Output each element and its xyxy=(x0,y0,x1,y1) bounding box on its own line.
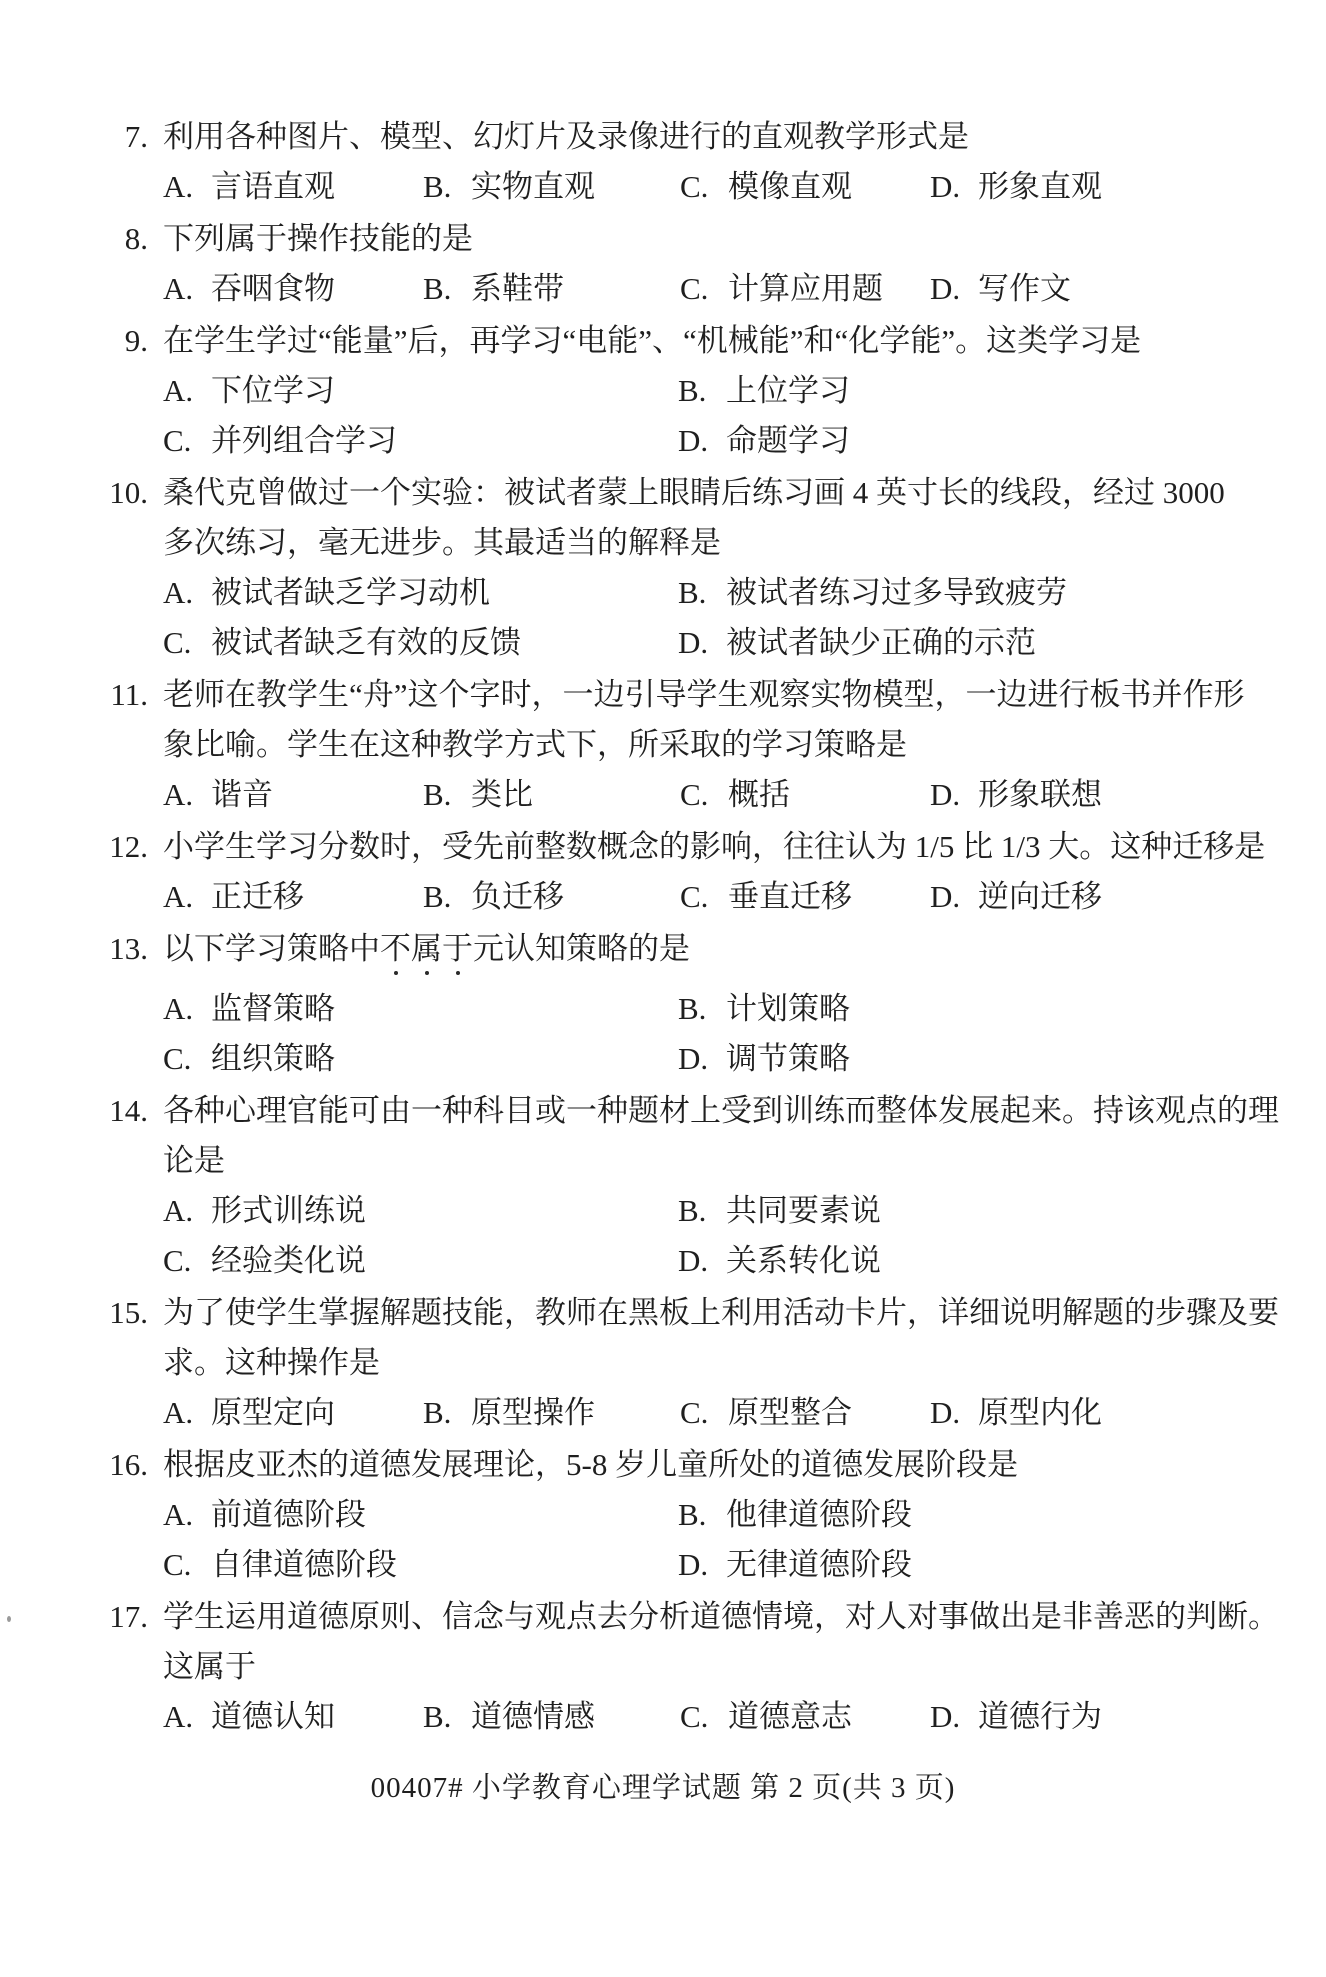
question: 10.桑代克曾做过一个实验：被试者蒙上眼睛后练习画 4 英寸长的线段，经过 30… xyxy=(100,468,1250,668)
question-options: A.形式训练说B.共同要素说C.经验类化说D.关系转化说 xyxy=(163,1186,1250,1286)
option-label: D. xyxy=(678,1540,712,1590)
question-stem: 根据皮亚杰的道德发展理论，5-8 岁儿童所处的道德发展阶段是 xyxy=(163,1440,1250,1490)
option-text: 计划策略 xyxy=(726,991,850,1026)
option-label: D. xyxy=(930,1692,964,1742)
stem-line: 学生运用道德原则、信念与观点去分析道德情境，对人对事做出是非善恶的判断。 xyxy=(163,1592,1250,1642)
question-stem: 在学生学过“能量”后，再学习“电能”、“机械能”和“化学能”。这类学习是 xyxy=(163,316,1250,366)
option: C.道德意志 xyxy=(680,1692,930,1742)
option-label: C. xyxy=(680,872,714,922)
option-text: 被试者练习过多导致疲劳 xyxy=(726,575,1067,610)
option: C.原型整合 xyxy=(680,1388,930,1438)
option-text: 原型操作 xyxy=(471,1395,595,1430)
stem-line: 各种心理官能可由一种科目或一种题材上受到训练而整体发展起来。持该观点的理 xyxy=(163,1086,1250,1136)
option: B.类比 xyxy=(423,770,680,820)
option-text: 原型内化 xyxy=(978,1395,1102,1430)
option: D.调节策略 xyxy=(678,1034,1250,1084)
option: C.概括 xyxy=(680,770,930,820)
option-text: 被试者缺乏有效的反馈 xyxy=(211,625,521,660)
option-text: 形象直观 xyxy=(978,169,1102,204)
option-text: 吞咽食物 xyxy=(211,271,335,306)
option-text: 写作文 xyxy=(978,271,1071,306)
option-label: D. xyxy=(930,770,964,820)
question-stem: 老师在教学生“舟”这个字时，一边引导学生观察实物模型，一边进行板书并作形象比喻。… xyxy=(163,670,1250,770)
stem-line: 这属于 xyxy=(163,1642,1250,1692)
page-footer: 00407# 小学教育心理学试题 第 2 页(共 3 页) xyxy=(0,1768,1326,1808)
exam-page: 7.利用各种图片、模型、幻灯片及录像进行的直观教学形式是A.言语直观B.实物直观… xyxy=(0,0,1326,1977)
question-stem: 下列属于操作技能的是 xyxy=(163,214,1250,264)
option: A.言语直观 xyxy=(163,162,423,212)
question-options: A.下位学习B.上位学习C.并列组合学习D.命题学习 xyxy=(163,366,1250,466)
option-label: C. xyxy=(163,416,197,466)
option-text: 形象联想 xyxy=(978,777,1102,812)
option: C.被试者缺乏有效的反馈 xyxy=(163,618,678,668)
option-label: D. xyxy=(678,416,712,466)
question-number: 16. xyxy=(100,1440,148,1490)
option-label: A. xyxy=(163,872,197,922)
question: 12.小学生学习分数时，受先前整数概念的影响，往往认为 1/5 比 1/3 大。… xyxy=(100,822,1250,922)
option-text: 系鞋带 xyxy=(471,271,564,306)
option-label: C. xyxy=(680,162,714,212)
option-label: C. xyxy=(680,1388,714,1438)
option: B.道德情感 xyxy=(423,1692,680,1742)
question: 7.利用各种图片、模型、幻灯片及录像进行的直观教学形式是A.言语直观B.实物直观… xyxy=(100,112,1250,212)
option-label: A. xyxy=(163,162,197,212)
question: 15.为了使学生掌握解题技能，教师在黑板上利用活动卡片，详细说明解题的步骤及要求… xyxy=(100,1288,1250,1438)
question-list: 7.利用各种图片、模型、幻灯片及录像进行的直观教学形式是A.言语直观B.实物直观… xyxy=(100,112,1250,1744)
question: 9.在学生学过“能量”后，再学习“电能”、“机械能”和“化学能”。这类学习是A.… xyxy=(100,316,1250,466)
option-label: B. xyxy=(678,984,712,1034)
question-options: A.被试者缺乏学习动机B.被试者练习过多导致疲劳C.被试者缺乏有效的反馈D.被试… xyxy=(163,568,1250,668)
option: A.道德认知 xyxy=(163,1692,423,1742)
option: B.系鞋带 xyxy=(423,264,680,314)
stem-text-post: 元认知策略的是 xyxy=(473,931,690,966)
option: B.计划策略 xyxy=(678,984,1250,1034)
option-text: 自律道德阶段 xyxy=(211,1547,397,1582)
stem-line: 以下学习策略中不属于元认知策略的是 xyxy=(163,924,1250,974)
option-label: B. xyxy=(678,1186,712,1236)
option: D.形象联想 xyxy=(930,770,1250,820)
question-options: A.谐音B.类比C.概括D.形象联想 xyxy=(163,770,1250,820)
option-text: 被试者缺乏学习动机 xyxy=(211,575,490,610)
option-text: 模像直观 xyxy=(728,169,852,204)
question-stem: 为了使学生掌握解题技能，教师在黑板上利用活动卡片，详细说明解题的步骤及要求。这种… xyxy=(163,1288,1250,1388)
option: A.下位学习 xyxy=(163,366,678,416)
question-stem: 以下学习策略中不属于元认知策略的是 xyxy=(163,924,1250,974)
option-label: B. xyxy=(423,1692,457,1742)
stem-line: 象比喻。学生在这种教学方式下，所采取的学习策略是 xyxy=(163,720,1250,770)
option: D.写作文 xyxy=(930,264,1250,314)
stem-line: 老师在教学生“舟”这个字时，一边引导学生观察实物模型，一边进行板书并作形 xyxy=(163,670,1250,720)
option: C.组织策略 xyxy=(163,1034,678,1084)
option: C.模像直观 xyxy=(680,162,930,212)
stem-line: 小学生学习分数时，受先前整数概念的影响，往往认为 1/5 比 1/3 大。这种迁… xyxy=(163,822,1250,872)
option: C.自律道德阶段 xyxy=(163,1540,678,1590)
question-number: 17. xyxy=(100,1592,148,1642)
question: 14.各种心理官能可由一种科目或一种题材上受到训练而整体发展起来。持该观点的理论… xyxy=(100,1086,1250,1286)
option-text: 上位学习 xyxy=(726,373,850,408)
question-number: 10. xyxy=(100,468,148,518)
option-text: 并列组合学习 xyxy=(211,423,397,458)
option-text: 负迁移 xyxy=(471,879,564,914)
option: D.逆向迁移 xyxy=(930,872,1250,922)
option-text: 被试者缺少正确的示范 xyxy=(726,625,1036,660)
option-label: B. xyxy=(423,162,457,212)
option-label: B. xyxy=(423,1388,457,1438)
question-stem: 小学生学习分数时，受先前整数概念的影响，往往认为 1/5 比 1/3 大。这种迁… xyxy=(163,822,1250,872)
stem-line: 下列属于操作技能的是 xyxy=(163,214,1250,264)
option-text: 原型整合 xyxy=(728,1395,852,1430)
option-label: B. xyxy=(423,770,457,820)
option: B.被试者练习过多导致疲劳 xyxy=(678,568,1250,618)
option: B.实物直观 xyxy=(423,162,680,212)
stem-text-pre: 以下学习策略中 xyxy=(163,931,380,966)
option-label: D. xyxy=(678,1236,712,1286)
option-text: 他律道德阶段 xyxy=(726,1497,912,1532)
question-number: 7. xyxy=(100,112,148,162)
option-text: 共同要素说 xyxy=(726,1193,881,1228)
option-label: D. xyxy=(930,872,964,922)
option: A.正迁移 xyxy=(163,872,423,922)
option: B.原型操作 xyxy=(423,1388,680,1438)
option: D.关系转化说 xyxy=(678,1236,1250,1286)
option-label: A. xyxy=(163,1490,197,1540)
option-text: 监督策略 xyxy=(211,991,335,1026)
stem-line: 利用各种图片、模型、幻灯片及录像进行的直观教学形式是 xyxy=(163,112,1250,162)
question-number: 9. xyxy=(100,316,148,366)
scan-artifact-dot xyxy=(7,1616,11,1622)
option-label: A. xyxy=(163,568,197,618)
option-text: 逆向迁移 xyxy=(978,879,1102,914)
option-label: A. xyxy=(163,1186,197,1236)
question-options: A.监督策略B.计划策略C.组织策略D.调节策略 xyxy=(163,984,1250,1084)
option-text: 道德情感 xyxy=(471,1699,595,1734)
option-text: 正迁移 xyxy=(211,879,304,914)
option-label: A. xyxy=(163,1692,197,1742)
question: 11.老师在教学生“舟”这个字时，一边引导学生观察实物模型，一边进行板书并作形象… xyxy=(100,670,1250,820)
option-label: D. xyxy=(930,162,964,212)
option-text: 计算应用题 xyxy=(728,271,883,306)
question-number: 12. xyxy=(100,822,148,872)
stem-line: 多次练习，毫无进步。其最适当的解释是 xyxy=(163,518,1250,568)
option-label: C. xyxy=(163,618,197,668)
question-stem: 桑代克曾做过一个实验：被试者蒙上眼睛后练习画 4 英寸长的线段，经过 3000多… xyxy=(163,468,1250,568)
option: D.形象直观 xyxy=(930,162,1250,212)
option-label: A. xyxy=(163,366,197,416)
option: C.计算应用题 xyxy=(680,264,930,314)
option: B.共同要素说 xyxy=(678,1186,1250,1236)
option: C.垂直迁移 xyxy=(680,872,930,922)
option-text: 垂直迁移 xyxy=(728,879,852,914)
option-text: 原型定向 xyxy=(211,1395,335,1430)
emphasized-char: 不 xyxy=(380,932,411,966)
option-label: D. xyxy=(930,1388,964,1438)
question-options: A.言语直观B.实物直观C.模像直观D.形象直观 xyxy=(163,162,1250,212)
option-label: D. xyxy=(930,264,964,314)
option-label: A. xyxy=(163,770,197,820)
option-text: 道德认知 xyxy=(211,1699,335,1734)
option-text: 组织策略 xyxy=(211,1041,335,1076)
question-number: 8. xyxy=(100,214,148,264)
question-stem: 学生运用道德原则、信念与观点去分析道德情境，对人对事做出是非善恶的判断。这属于 xyxy=(163,1592,1250,1692)
option-text: 概括 xyxy=(728,777,790,812)
option-text: 言语直观 xyxy=(211,169,335,204)
option: D.无律道德阶段 xyxy=(678,1540,1250,1590)
option: A.监督策略 xyxy=(163,984,678,1034)
option-text: 下位学习 xyxy=(211,373,335,408)
option-label: C. xyxy=(680,770,714,820)
option-text: 命题学习 xyxy=(726,423,850,458)
option-text: 类比 xyxy=(471,777,533,812)
option: A.谐音 xyxy=(163,770,423,820)
option: D.命题学习 xyxy=(678,416,1250,466)
option-text: 经验类化说 xyxy=(211,1243,366,1278)
option-label: B. xyxy=(678,1490,712,1540)
question: 8.下列属于操作技能的是A.吞咽食物B.系鞋带C.计算应用题D.写作文 xyxy=(100,214,1250,314)
option-label: D. xyxy=(678,1034,712,1084)
option: A.被试者缺乏学习动机 xyxy=(163,568,678,618)
stem-line: 在学生学过“能量”后，再学习“电能”、“机械能”和“化学能”。这类学习是 xyxy=(163,316,1250,366)
option: B.上位学习 xyxy=(678,366,1250,416)
question-options: A.前道德阶段B.他律道德阶段C.自律道德阶段D.无律道德阶段 xyxy=(163,1490,1250,1590)
option-label: D. xyxy=(678,618,712,668)
option-label: C. xyxy=(163,1034,197,1084)
option: B.负迁移 xyxy=(423,872,680,922)
option-label: B. xyxy=(423,872,457,922)
option: A.前道德阶段 xyxy=(163,1490,678,1540)
option-text: 前道德阶段 xyxy=(211,1497,366,1532)
question-number: 11. xyxy=(100,670,148,720)
option: A.形式训练说 xyxy=(163,1186,678,1236)
option: C.经验类化说 xyxy=(163,1236,678,1286)
option: C.并列组合学习 xyxy=(163,416,678,466)
question-number: 13. xyxy=(100,924,148,974)
emphasized-char: 于 xyxy=(442,932,473,966)
question: 16.根据皮亚杰的道德发展理论，5-8 岁儿童所处的道德发展阶段是A.前道德阶段… xyxy=(100,1440,1250,1590)
question: 17.学生运用道德原则、信念与观点去分析道德情境，对人对事做出是非善恶的判断。这… xyxy=(100,1592,1250,1742)
question-options: A.原型定向B.原型操作C.原型整合D.原型内化 xyxy=(163,1388,1250,1438)
option-label: C. xyxy=(163,1540,197,1590)
question-number: 15. xyxy=(100,1288,148,1338)
option-text: 谐音 xyxy=(211,777,273,812)
option: D.道德行为 xyxy=(930,1692,1250,1742)
option-label: B. xyxy=(678,366,712,416)
option-text: 无律道德阶段 xyxy=(726,1547,912,1582)
option: A.吞咽食物 xyxy=(163,264,423,314)
option: B.他律道德阶段 xyxy=(678,1490,1250,1540)
option-label: B. xyxy=(423,264,457,314)
option-text: 道德意志 xyxy=(728,1699,852,1734)
option-text: 实物直观 xyxy=(471,169,595,204)
question-stem: 利用各种图片、模型、幻灯片及录像进行的直观教学形式是 xyxy=(163,112,1250,162)
option-label: C. xyxy=(680,1692,714,1742)
emphasized-char: 属 xyxy=(411,932,442,966)
option-label: A. xyxy=(163,1388,197,1438)
stem-line: 求。这种操作是 xyxy=(163,1338,1250,1388)
option: D.原型内化 xyxy=(930,1388,1250,1438)
option-text: 道德行为 xyxy=(978,1699,1102,1734)
stem-line: 根据皮亚杰的道德发展理论，5-8 岁儿童所处的道德发展阶段是 xyxy=(163,1440,1250,1490)
option-text: 形式训练说 xyxy=(211,1193,366,1228)
option-label: A. xyxy=(163,984,197,1034)
stem-line: 为了使学生掌握解题技能，教师在黑板上利用活动卡片，详细说明解题的步骤及要 xyxy=(163,1288,1250,1338)
option: D.被试者缺少正确的示范 xyxy=(678,618,1250,668)
option: A.原型定向 xyxy=(163,1388,423,1438)
question-options: A.道德认知B.道德情感C.道德意志D.道德行为 xyxy=(163,1692,1250,1742)
option-label: C. xyxy=(163,1236,197,1286)
option-text: 调节策略 xyxy=(726,1041,850,1076)
stem-line: 桑代克曾做过一个实验：被试者蒙上眼睛后练习画 4 英寸长的线段，经过 3000 xyxy=(163,468,1250,518)
question-options: A.正迁移B.负迁移C.垂直迁移D.逆向迁移 xyxy=(163,872,1250,922)
question-number: 14. xyxy=(100,1086,148,1136)
option-label: C. xyxy=(680,264,714,314)
option-text: 关系转化说 xyxy=(726,1243,881,1278)
option-label: A. xyxy=(163,264,197,314)
option-label: B. xyxy=(678,568,712,618)
question-stem: 各种心理官能可由一种科目或一种题材上受到训练而整体发展起来。持该观点的理论是 xyxy=(163,1086,1250,1186)
question: 13.以下学习策略中不属于元认知策略的是A.监督策略B.计划策略C.组织策略D.… xyxy=(100,924,1250,1084)
question-options: A.吞咽食物B.系鞋带C.计算应用题D.写作文 xyxy=(163,264,1250,314)
stem-line: 论是 xyxy=(163,1136,1250,1186)
